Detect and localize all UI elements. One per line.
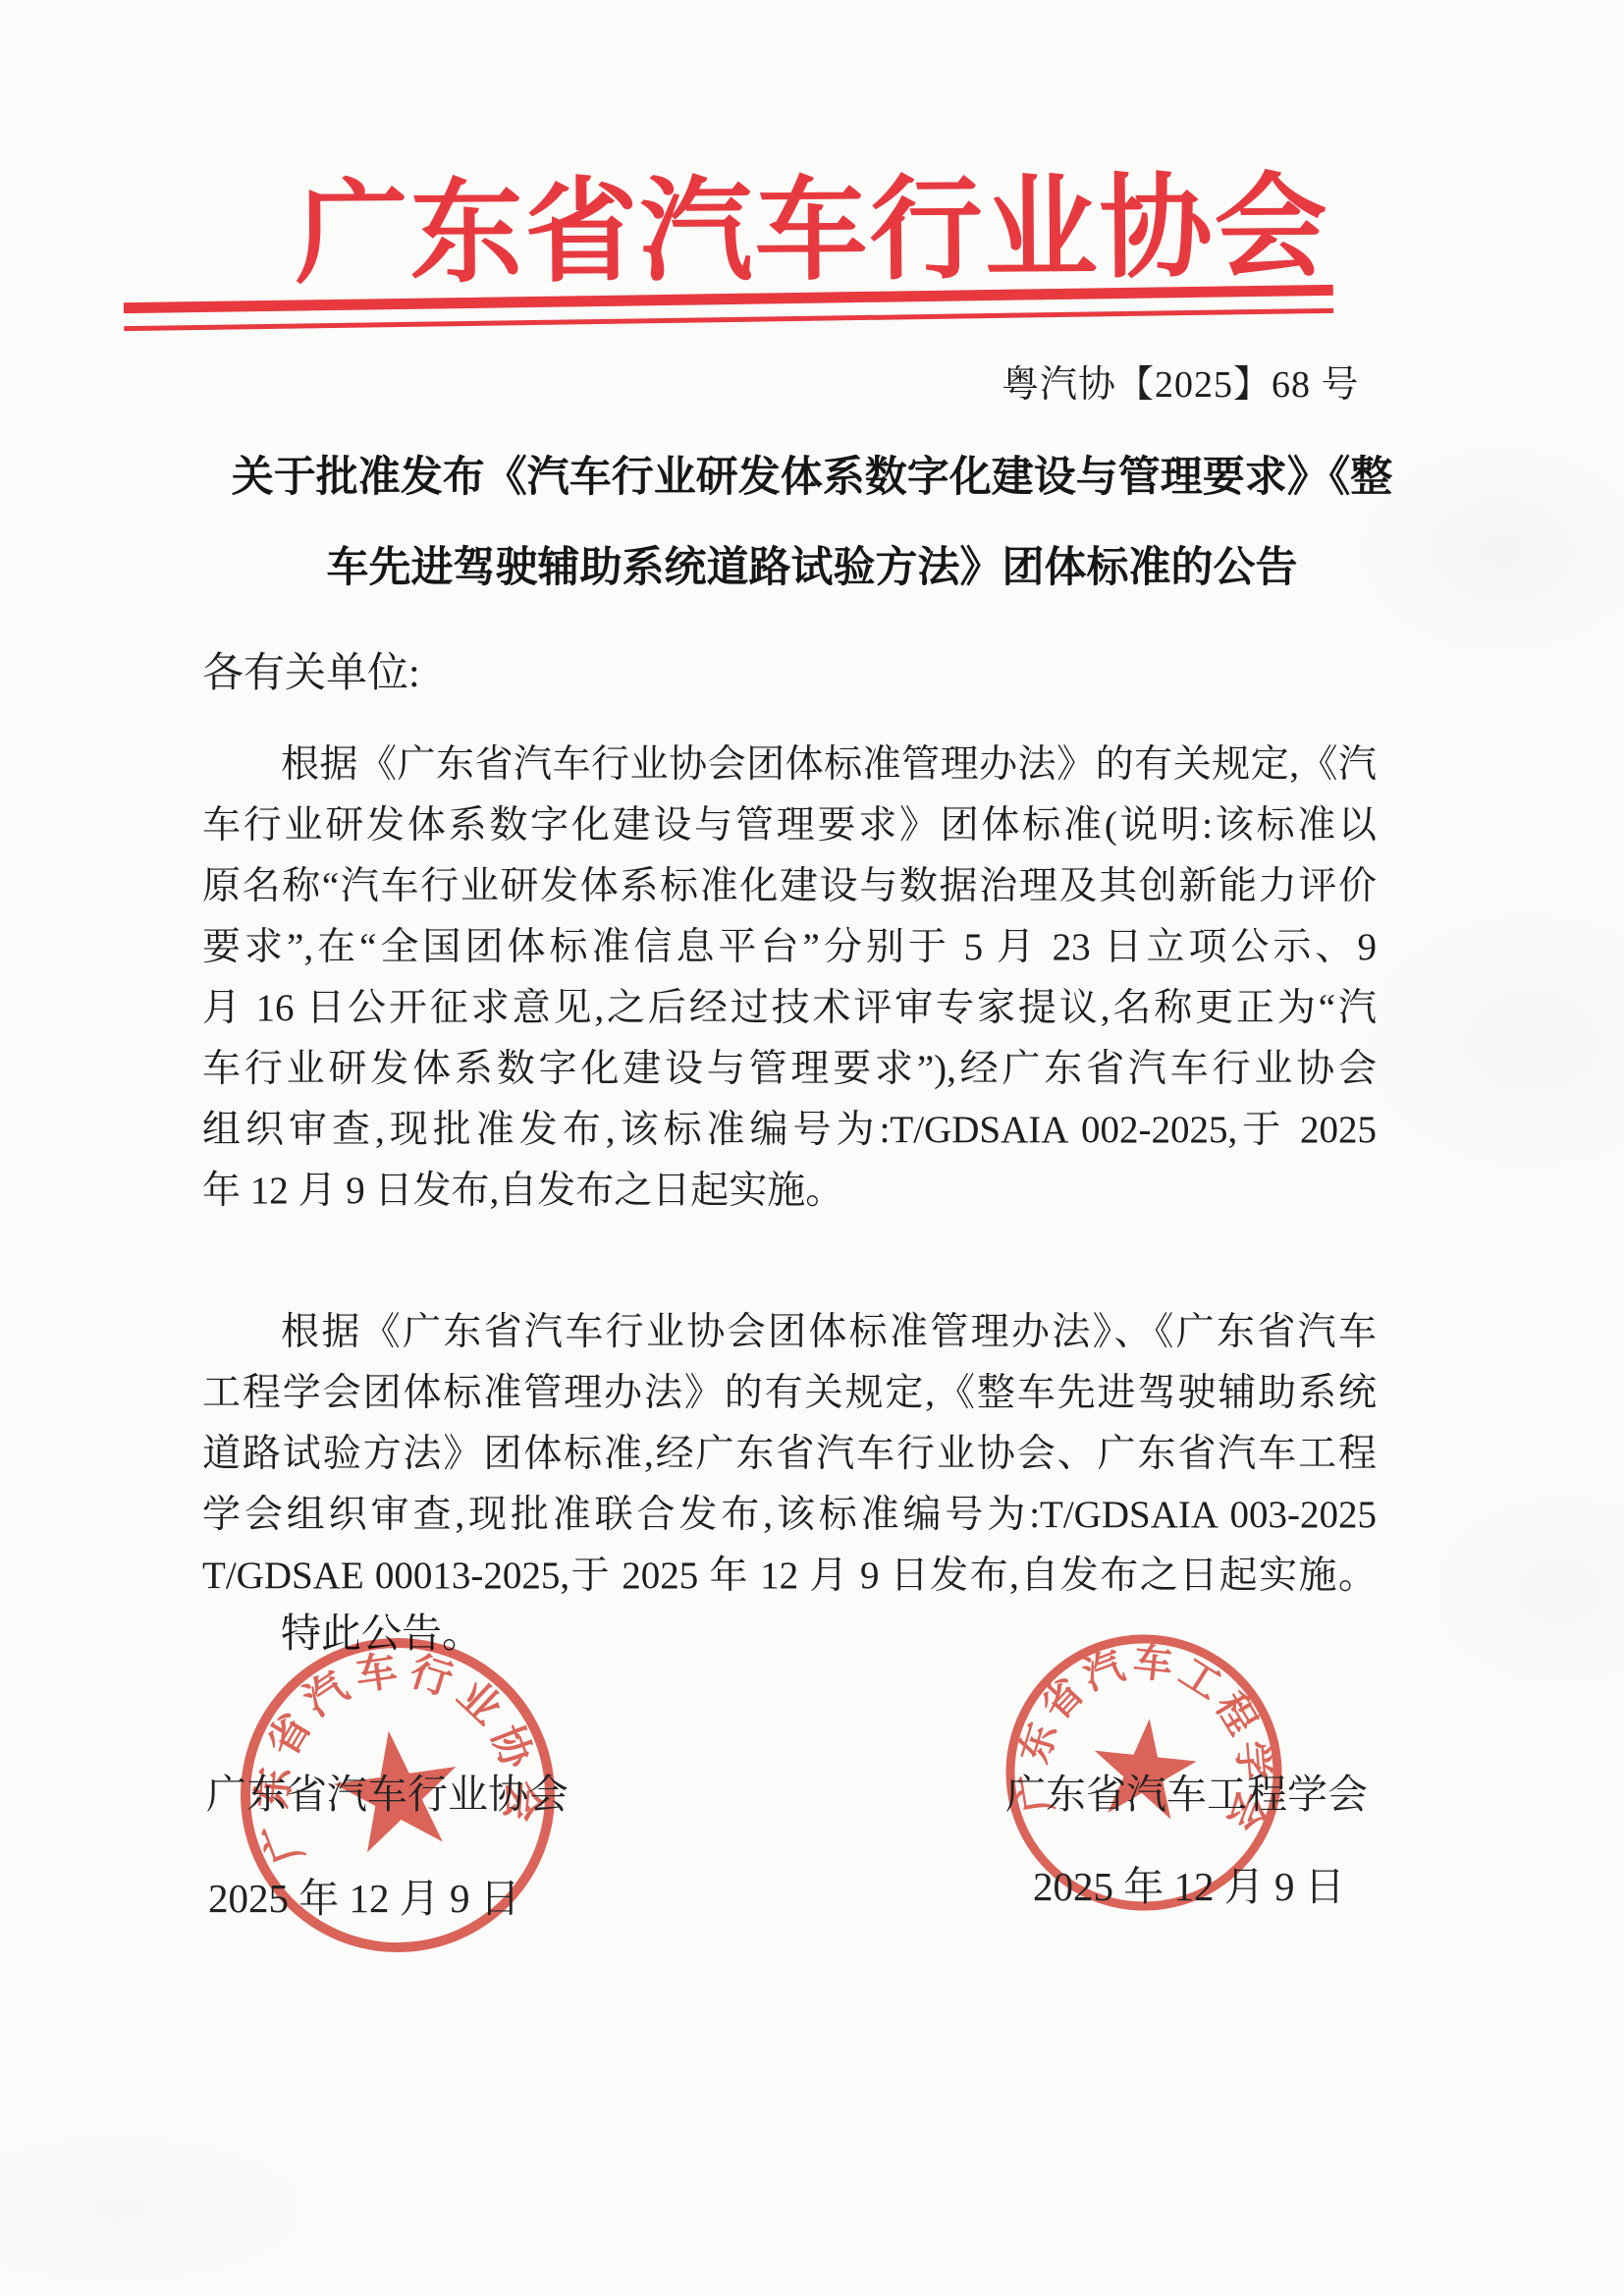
body-line: 组织审查,现批准发布,该标准编号为:T/GDSAIA 002-2025,于 20… bbox=[202, 1100, 1377, 1161]
body-line: T/GDSAE 00013-2025,于 2025 年 12 月 9 日发布,自… bbox=[202, 1546, 1377, 1607]
doc-title: 关于批准发布《汽车行业研发体系数字化建设与管理要求》《整 车先进驾驶辅助系统道路… bbox=[0, 432, 1624, 613]
body-line: 根据《广东省汽车行业协会团体标准管理办法》的有关规定,《汽 bbox=[202, 735, 1377, 795]
paragraph-2: 根据《广东省汽车行业协会团体标准管理办法》、《广东省汽车 工程学会团体标准管理办… bbox=[202, 1302, 1377, 1607]
signature-right-date: 2025 年 12 月 9 日 bbox=[1033, 1854, 1345, 1912]
paragraph-1: 根据《广东省汽车行业协会团体标准管理办法》的有关规定,《汽 车行业研发体系数字化… bbox=[202, 735, 1377, 1222]
document-page: 广东省汽车行业协会 粤汽协【2025】68 号 关于批准发布《汽车行业研发体系数… bbox=[0, 0, 1624, 2296]
doc-title-line: 关于批准发布《汽车行业研发体系数字化建设与管理要求》《整 bbox=[0, 432, 1624, 522]
body-line: 道路试验方法》团体标准,经广东省汽车行业协会、广东省汽车工程 bbox=[202, 1424, 1377, 1485]
masthead-org-name: 广东省汽车行业协会 bbox=[0, 134, 1624, 307]
salutation: 各有关单位: bbox=[202, 640, 420, 699]
body-line: 学会组织审查,现批准联合发布,该标准编号为:T/GDSAIA 003-2025 bbox=[202, 1485, 1377, 1546]
body-line: 年 12 月 9 日发布,自发布之日起实施。 bbox=[202, 1161, 1377, 1222]
body-line: 根据《广东省汽车行业协会团体标准管理办法》、《广东省汽车 bbox=[202, 1302, 1377, 1363]
body-line: 车行业研发体系数字化建设与管理要求”),经广东省汽车行业协会 bbox=[202, 1039, 1377, 1100]
doc-title-line: 车先进驾驶辅助系统道路试验方法》团体标准的公告 bbox=[0, 522, 1624, 613]
body-line: 要求”,在“全国团体标准信息平台”分别于 5 月 23 日立项公示、9 bbox=[202, 917, 1377, 978]
signature-right-org: 广东省汽车工程学会 bbox=[1005, 1762, 1368, 1820]
body-line: 车行业研发体系数字化建设与管理要求》团体标准(说明:该标准以 bbox=[202, 795, 1377, 856]
body-line: 工程学会团体标准管理办法》的有关规定,《整车先进驾驶辅助系统 bbox=[202, 1363, 1377, 1424]
body-line: 月 16 日公开征求意见,之后经过技术评审专家提议,名称更正为“汽 bbox=[202, 978, 1377, 1039]
signature-left-org: 广东省汽车行业协会 bbox=[206, 1762, 568, 1820]
body-line: 原名称“汽车行业研发体系标准化建设与数据治理及其创新能力评价 bbox=[202, 856, 1377, 917]
doc-number: 粤汽协【2025】68 号 bbox=[1001, 354, 1360, 408]
divider-thin-line bbox=[124, 308, 1333, 331]
signature-left-date: 2025 年 12 月 9 日 bbox=[208, 1866, 520, 1924]
